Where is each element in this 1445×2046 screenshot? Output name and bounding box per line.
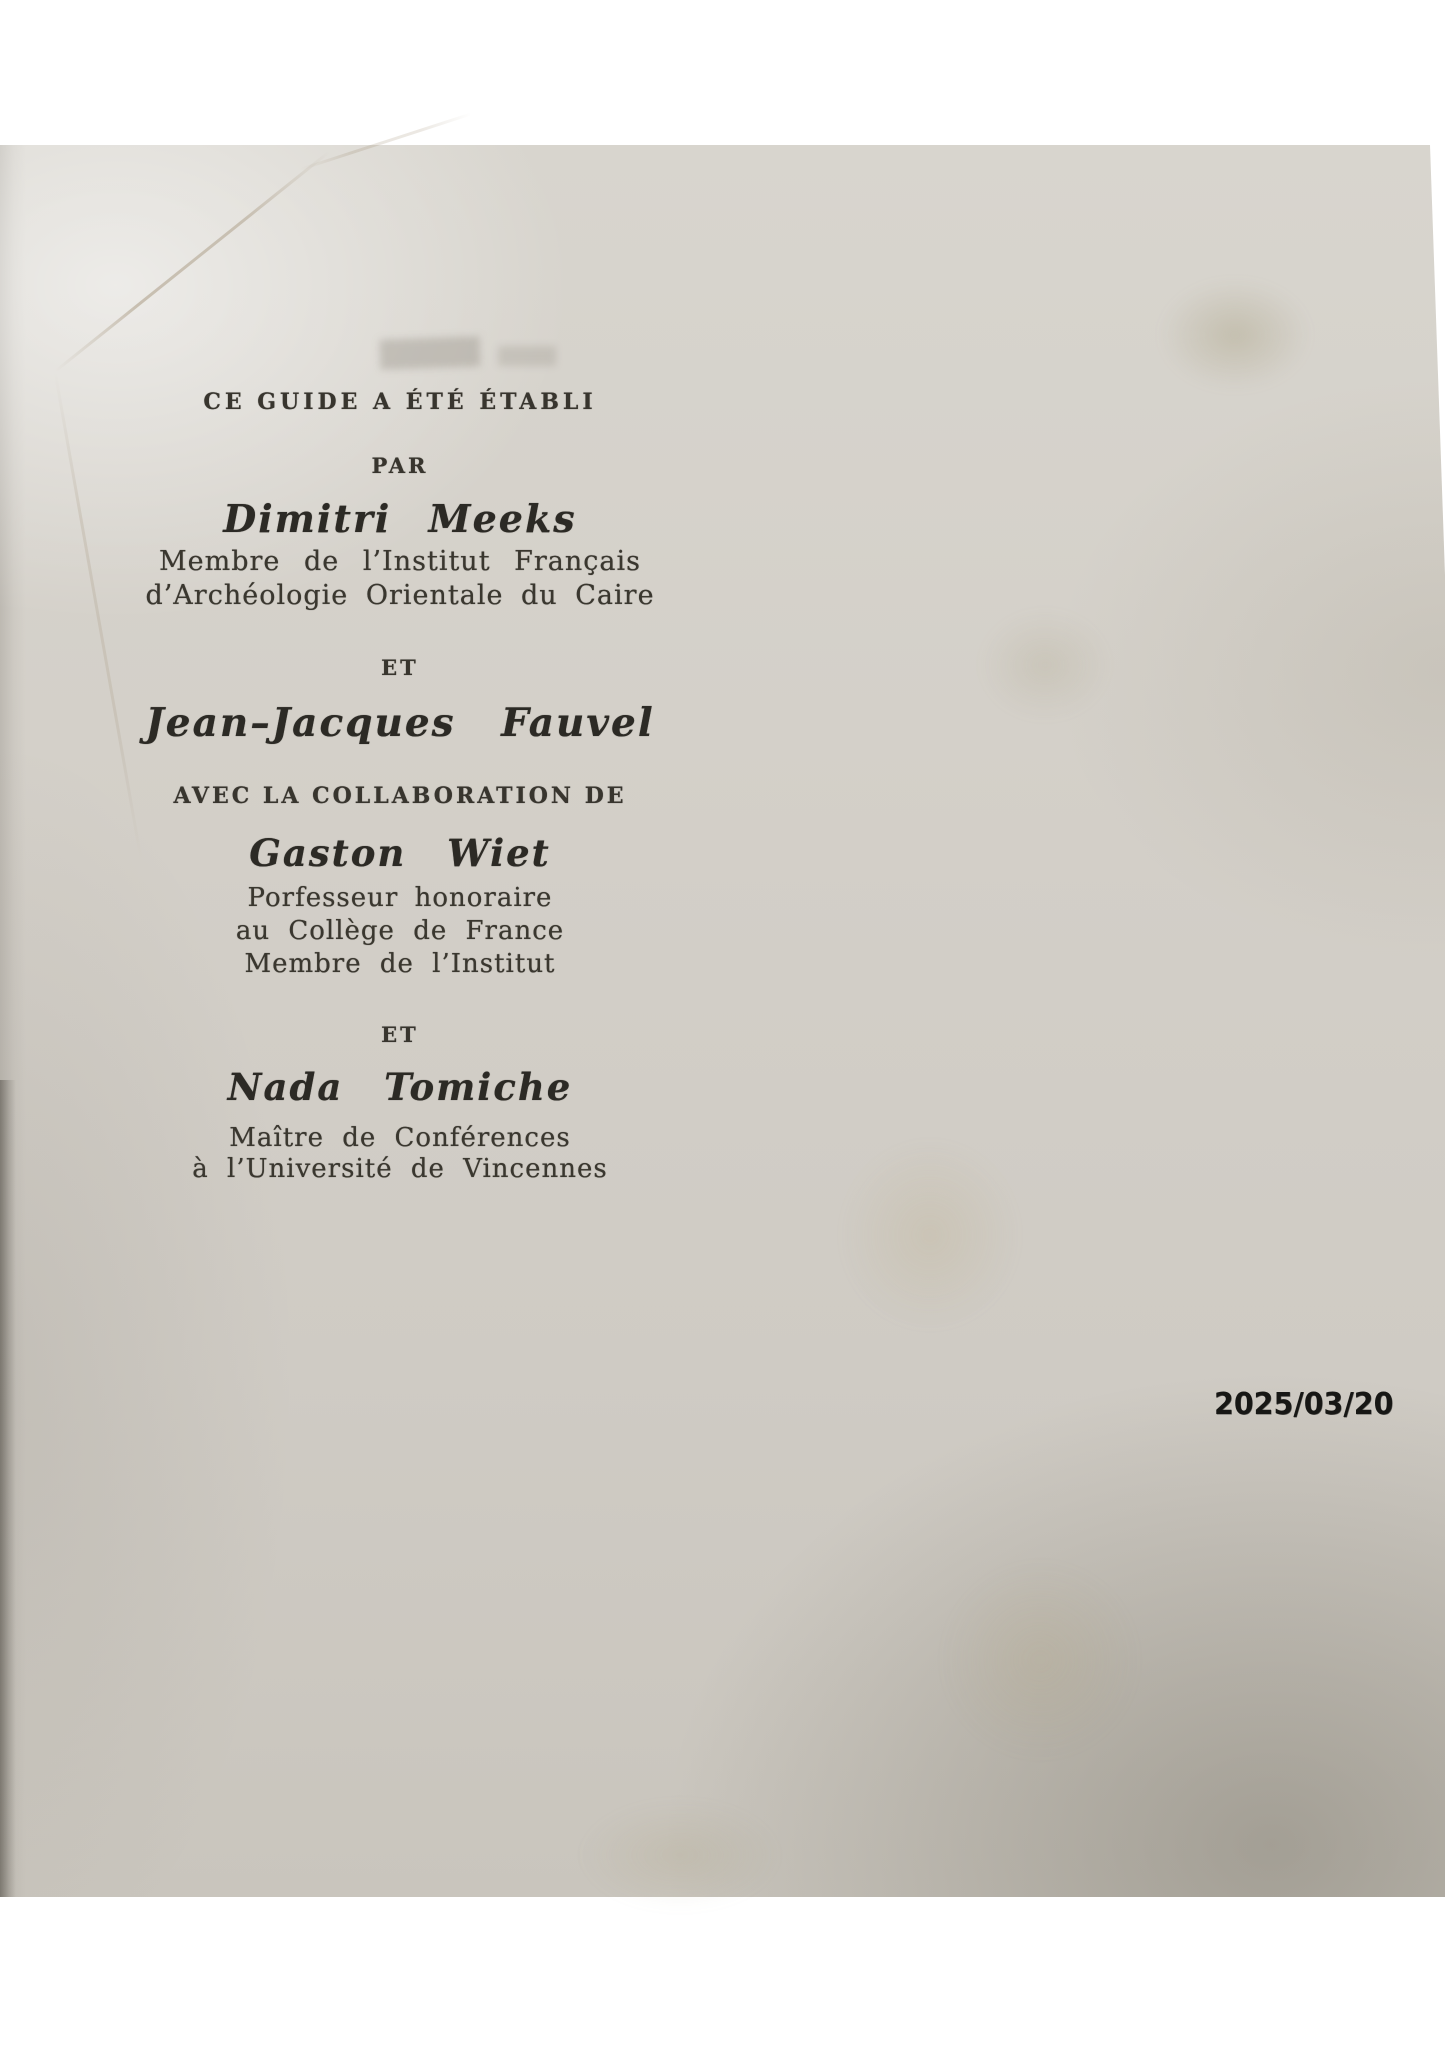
paper-stain — [940, 1560, 1140, 1760]
line-author-nada-tomiche: Nada Tomiche — [130, 1069, 670, 1106]
line-author-dimitri-meeks: Dimitri Meeks — [130, 500, 670, 538]
line-meeks-role-2: d’Archéologie Orientale du Caire — [130, 582, 670, 609]
line-author-gaston-wiet: Gaston Wiet — [130, 835, 670, 872]
line-tomiche-role-2: à l’Université de Vincennes — [130, 1156, 670, 1182]
line-meeks-role-1: Membre de l’Institut Français — [130, 548, 670, 575]
line-wiet-role-3: Membre de l’Institut — [130, 951, 670, 977]
line-tomiche-role-1: Maître de Conférences — [130, 1125, 670, 1151]
line-guide-title: CE GUIDE A ÉTÉ ÉTABLI — [130, 391, 670, 413]
paper-stain — [840, 1140, 1020, 1330]
line-author-jean-jacques-fauvel: Jean–Jacques Fauvel — [130, 704, 670, 743]
ink-ghost-smudge — [380, 336, 481, 369]
paper-stain — [1160, 280, 1310, 390]
line-et-2: ET — [130, 1024, 670, 1045]
line-avec-la-collaboration-de: AVEC LA COLLABORATION DE — [130, 785, 670, 807]
ink-ghost-smudge — [498, 346, 556, 366]
paper-stain — [980, 610, 1110, 720]
paper-stain — [580, 1800, 780, 1910]
line-et-1: ET — [130, 657, 670, 678]
scanned-page-canvas: CE GUIDE A ÉTÉ ÉTABLI PAR Dimitri Meeks … — [0, 0, 1445, 2046]
line-wiet-role-1: Porfesseur honoraire — [130, 885, 670, 911]
line-wiet-role-2: au Collège de France — [130, 918, 670, 944]
date-stamp: 2025/03/20 — [1214, 1390, 1393, 1420]
line-par: PAR — [130, 455, 670, 476]
paper-left-edge-shadow — [0, 1080, 16, 1897]
